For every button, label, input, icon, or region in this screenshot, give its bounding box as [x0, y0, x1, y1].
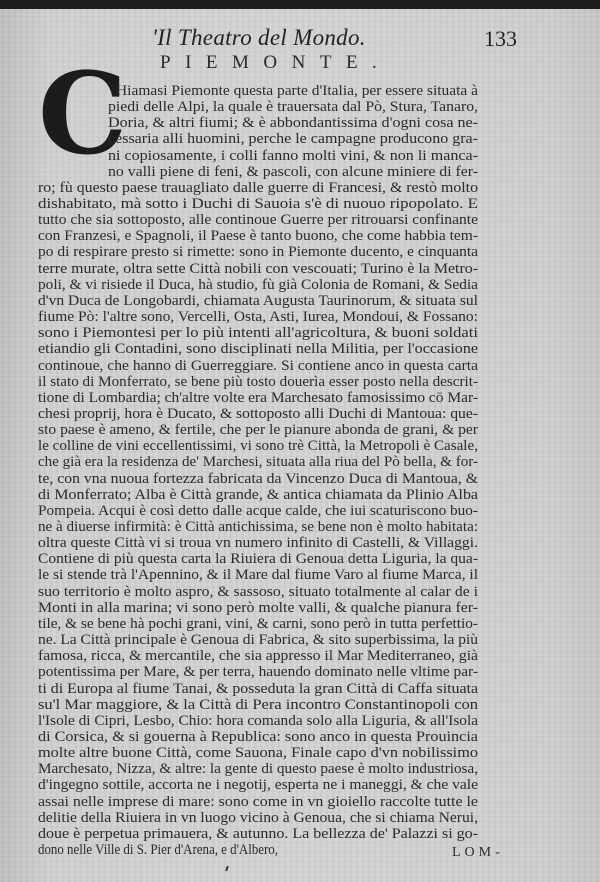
- text-line: dono nelle Ville di S. Pier d'Arena, e d…: [38, 842, 278, 861]
- section-title: PIEMONTE.: [160, 52, 391, 74]
- ink-blot: [225, 866, 229, 871]
- book-page: 'Il Theatro del Mondo. 133 PIEMONTE. C H…: [0, 9, 600, 882]
- catchword: LOM-: [452, 845, 504, 861]
- running-title: 'Il Theatro del Mondo.: [152, 25, 366, 51]
- page-number: 133: [484, 26, 517, 52]
